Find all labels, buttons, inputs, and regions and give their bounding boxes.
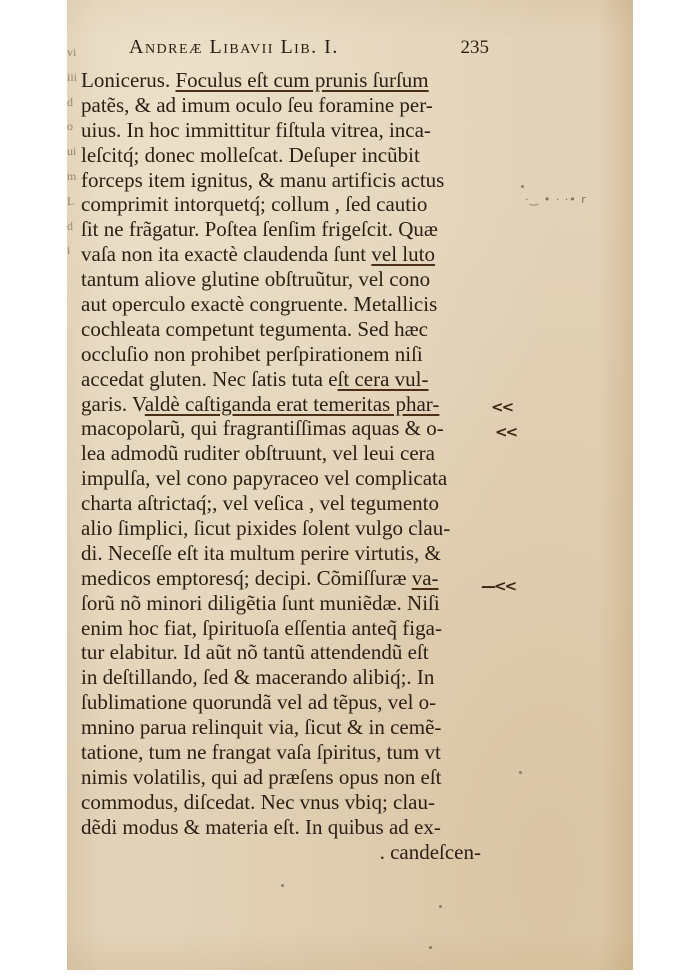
text-line: tantum aliove glutine obſtruũtur, vel co… (81, 267, 483, 292)
marginal-arrow-mark: << (495, 423, 516, 441)
paper-speck (439, 905, 442, 908)
text-segment: medicos emptoresq́; decipi. Cõmiſſuræ (81, 566, 412, 590)
text-segment: uius. In hoc immittitur fiſtula vitrea, … (81, 118, 431, 142)
text-line: cochleata competunt tegumenta. Sed hæc (81, 317, 483, 342)
text-segment: aut operculo exactè congruente. Metallic… (81, 292, 437, 316)
text-segment: mnino parua relinquit via, ſicut & in ce… (81, 715, 441, 739)
book-page: vi iii d o ui m L d i Andreæ Libavii Lib… (67, 0, 633, 970)
handwritten-underline-annotation: vel luto (371, 242, 435, 266)
text-line: vaſa non ita exactè claudenda ſunt vel l… (81, 242, 483, 267)
text-line: ſublimatione quorundã vel ad tẽpus, vel … (81, 690, 483, 715)
text-line: accedat gluten. Nec ſatis tuta eſt cera … (81, 367, 483, 392)
text-segment: occluſio non prohibet perſpirationem niſ… (81, 342, 423, 366)
text-line: tur elabitur. Id aũt nõ tantũ attendendũ… (81, 640, 483, 665)
text-segment: forceps item ignitus, & manu artificis a… (81, 168, 444, 192)
text-segment: tur elabitur. Id aũt nõ tantũ attendendũ… (81, 640, 429, 664)
handwritten-underline-annotation: va- (412, 566, 439, 590)
gutter-fragment: m (67, 164, 81, 189)
text-segment: garis. V (81, 392, 145, 416)
handwritten-underline-annotation: Foculus eſt cum prunis ſurſum (175, 68, 428, 92)
text-segment: lea admodũ ruditer obſtruunt, vel leui c… (81, 441, 435, 465)
body-text: Lonicerus. Foculus eſt cum prunis ſurſum… (81, 68, 483, 865)
paper-speck (521, 185, 524, 188)
text-line: di. Neceſſe eſt ita multum perire virtut… (81, 541, 483, 566)
handwritten-underline-annotation: ſt cera vul- (338, 367, 429, 391)
running-head: Andreæ Libavii Lib. I. 235 (129, 36, 489, 59)
ink-stain-marks: ·‿ • · ·• r (525, 193, 587, 206)
text-line: enim hoc fiat, ſpirituoſa eſſentia anteq… (81, 616, 483, 641)
text-segment: enim hoc fiat, ſpirituoſa eſſentia anteq… (81, 616, 442, 640)
text-line: dẽdi modus & materia eſt. In quibus ad e… (81, 815, 483, 840)
text-line: aut operculo exactè congruente. Metallic… (81, 292, 483, 317)
text-segment: charta aſtrictaq́;, vel veſica , vel teg… (81, 491, 439, 515)
text-line: garis. Valdè caſtiganda erat temeritas p… (81, 392, 483, 417)
text-line: impulſa, vel cono papyraceo vel complica… (81, 466, 483, 491)
text-line: ſit ne frãgatur. Poſtea ſenſim frigeſcit… (81, 217, 483, 242)
text-segment: di. Neceſſe eſt ita multum perire virtut… (81, 541, 441, 565)
text-segment: accedat gluten. Nec ſatis tuta e (81, 367, 338, 391)
text-line: charta aſtrictaq́;, vel veſica , vel teg… (81, 491, 483, 516)
text-line: patẽs, & ad imum oculo ſeu foramine per- (81, 93, 483, 118)
text-segment: cochleata competunt tegumenta. Sed hæc (81, 317, 428, 341)
text-line: Lonicerus. Foculus eſt cum prunis ſurſum (81, 68, 483, 93)
marginal-arrow-mark: << (491, 398, 512, 416)
text-line: ſorũ nõ minori diligẽtia ſunt muniẽdæ. N… (81, 591, 483, 616)
text-segment: nimis volatilis, qui ad præſens opus non… (81, 765, 442, 789)
text-segment: alio ſimplici, ſicut pixides ſolent vulg… (81, 516, 450, 540)
text-line: alio ſimplici, ſicut pixides ſolent vulg… (81, 516, 483, 541)
text-segment: ſublimatione quorundã vel ad tẽpus, vel … (81, 690, 436, 714)
text-segment: commodus, diſcedat. Nec vnus vbiq; clau- (81, 790, 435, 814)
gutter-fragment: vi (67, 40, 81, 65)
text-line: macopolarũ, qui fragrantiſſimas aquas & … (81, 416, 483, 441)
gutter-fragment: o (67, 114, 81, 139)
marginal-arrow-mark: —<< (481, 577, 515, 595)
text-line: medicos emptoresq́; decipi. Cõmiſſuræ va… (81, 566, 483, 591)
page-number: 235 (461, 37, 490, 59)
text-line: lea admodũ ruditer obſtruunt, vel leui c… (81, 441, 483, 466)
text-line: leſcitq́; donec molleſcat. Deſuper incũb… (81, 143, 483, 168)
running-head-title: Andreæ Libavii Lib. I. (129, 36, 339, 59)
gutter-fragment: L (67, 189, 81, 214)
text-line: tatione, tum ne frangat vaſa ſpiritus, t… (81, 740, 483, 765)
text-line: in deſtillando, ſed & macerando alibiq́;… (81, 665, 483, 690)
text-segment: patẽs, & ad imum oculo ſeu foramine per- (81, 93, 433, 117)
paper-speck (281, 884, 284, 887)
gutter-fragment: i (67, 238, 81, 263)
text-line: nimis volatilis, qui ad præſens opus non… (81, 765, 483, 790)
text-line: comprimit intorquetq́; collum , ſed caut… (81, 192, 483, 217)
text-segment: tatione, tum ne frangat vaſa ſpiritus, t… (81, 740, 441, 764)
text-segment: dẽdi modus & materia eſt. In quibus ad e… (81, 815, 441, 839)
text-line: uius. In hoc immittitur fiſtula vitrea, … (81, 118, 483, 143)
text-segment: in deſtillando, ſed & macerando alibiq́;… (81, 665, 434, 689)
text-segment: comprimit intorquetq́; collum , ſed caut… (81, 192, 427, 216)
text-segment: Lonicerus. (81, 68, 175, 92)
paper-speck (429, 946, 432, 949)
text-segment: ſorũ nõ minori diligẽtia ſunt muniẽdæ. N… (81, 591, 440, 615)
handwritten-underline-annotation: aldè caſtiganda erat temeritas phar- (145, 392, 440, 416)
paper-speck (519, 771, 522, 774)
text-line: . candeſcen- (81, 840, 483, 865)
text-line: commodus, diſcedat. Nec vnus vbiq; clau- (81, 790, 483, 815)
gutter-bleed-fragments: vi iii d o ui m L d i (67, 40, 81, 263)
text-line: forceps item ignitus, & manu artificis a… (81, 168, 483, 193)
text-segment: tantum aliove glutine obſtruũtur, vel co… (81, 267, 430, 291)
gutter-fragment: d (67, 90, 81, 115)
gutter-fragment: d (67, 214, 81, 239)
text-segment: ſit ne frãgatur. Poſtea ſenſim frigeſcit… (81, 217, 438, 241)
text-segment: vaſa non ita exactè claudenda ſunt (81, 242, 371, 266)
text-segment: impulſa, vel cono papyraceo vel complica… (81, 466, 447, 490)
gutter-fragment: iii (67, 65, 81, 90)
text-line: mnino parua relinquit via, ſicut & in ce… (81, 715, 483, 740)
text-segment: . candeſcen- (380, 840, 481, 864)
text-segment: macopolarũ, qui fragrantiſſimas aquas & … (81, 416, 444, 440)
gutter-fragment: ui (67, 139, 81, 164)
text-line: occluſio non prohibet perſpirationem niſ… (81, 342, 483, 367)
text-segment: leſcitq́; donec molleſcat. Deſuper incũb… (81, 143, 420, 167)
